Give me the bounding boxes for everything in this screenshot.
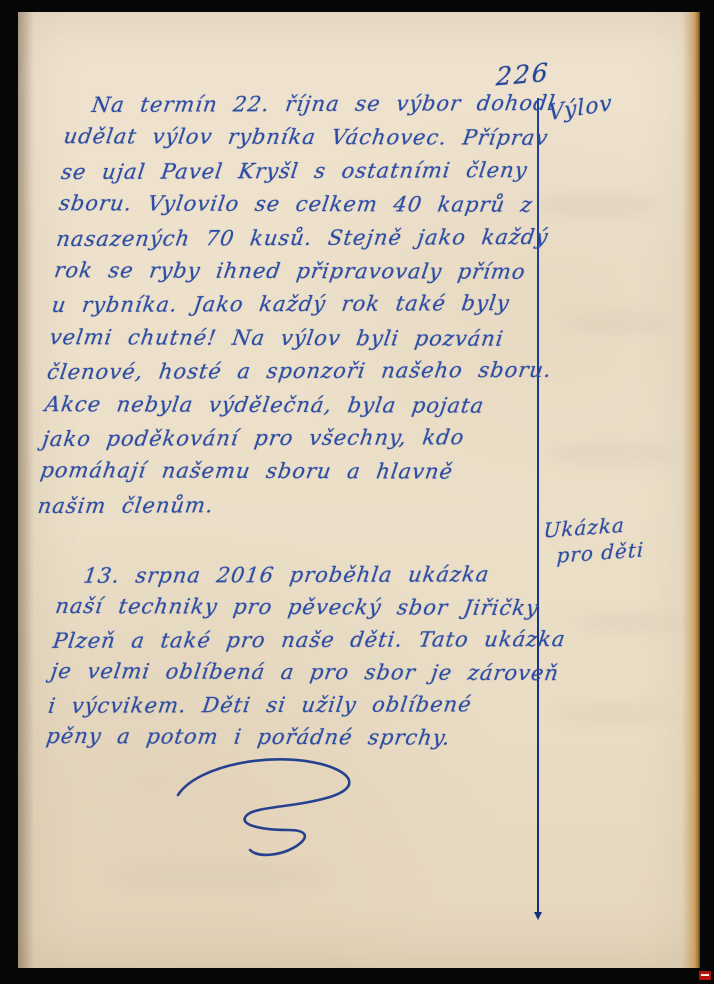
handwritten-line: rok se ryby ihned připravovaly přímo [52, 254, 543, 289]
flourish-doodle [158, 750, 388, 880]
margin-rule-arrowhead [534, 912, 542, 920]
handwritten-line: Na termín 22. října se výbor dohodl [64, 87, 555, 123]
handwritten-line: pomáhají našemu sboru a hlavně [38, 455, 529, 490]
handwritten-line: nasazených 70 kusů. Stejně jako každý [54, 221, 545, 257]
handwritten-line: udělat výlov rybníka Váchovec. Příprav [61, 121, 552, 156]
show-through-smudge [553, 702, 673, 724]
margin-note-vylov: Výlov [548, 91, 614, 126]
handwritten-line: se ujal Pavel Kryšl s ostatními členy [59, 154, 550, 190]
scanned-chronicle-page: 226 Výlov Ukázka pro děti Na termín 22. … [0, 0, 714, 984]
show-through-smudge [573, 612, 683, 634]
handwritten-line: Plzeň a také pro naše děti. Tato ukázka [51, 623, 542, 657]
handwritten-line: naší techniky pro pěvecký sbor Jiřičky [53, 590, 543, 625]
scan-artifact-icon [699, 971, 711, 980]
handwritten-line: sboru. Vylovilo se celkem 40 kaprů z [57, 187, 548, 222]
show-through-smudge [563, 312, 673, 334]
page-paper: 226 Výlov Ukázka pro děti Na termín 22. … [18, 12, 700, 968]
body-paragraph-vylov: Na termín 22. října se výbor dohodl uděl… [37, 88, 553, 522]
show-through-smudge [538, 192, 658, 218]
handwritten-line: velmi chutné! Na výlov byli pozváni [47, 321, 538, 356]
margin-note-ukazka-pro-deti: Ukázka pro děti [542, 510, 645, 569]
handwritten-line: členové, hosté a sponzoři našeho sboru. [45, 354, 536, 390]
handwritten-line: i výcvikem. Děti si užily oblíbené [46, 688, 537, 722]
body-paragraph-ukazka: 13. srpna 2016 proběhla ukázka naší tech… [45, 559, 545, 753]
handwritten-line: Akce nebyla výdělečná, byla pojata [43, 388, 534, 423]
handwritten-line: je velmi oblíbená a pro sbor je zároveň [49, 655, 539, 690]
show-through-smudge [548, 442, 678, 466]
handwritten-line: 13. srpna 2016 proběhla ukázka [55, 558, 546, 592]
handwritten-line: našim členům. [36, 488, 527, 524]
handwritten-line: u rybníka. Jako každý rok také byly [50, 287, 541, 323]
handwritten-line: jako poděkování pro všechny, kdo [40, 421, 531, 457]
